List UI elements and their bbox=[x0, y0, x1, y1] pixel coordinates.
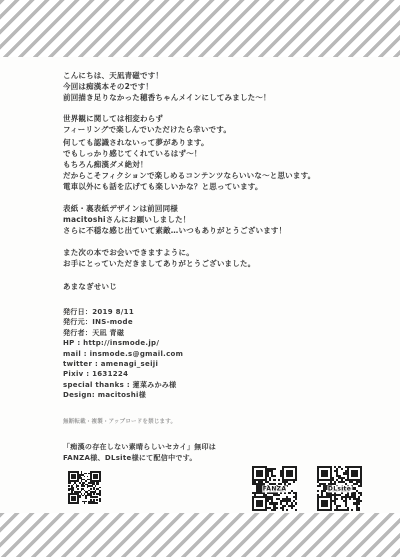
qr-code-dlsite: DLsite bbox=[317, 466, 362, 511]
theme-paragraph: 何しても認識されないって夢があります。 でもしっかり感じてくれているはず〜！ も… bbox=[63, 137, 383, 192]
text-line: 表紙・裏表紙デザインは前回同様 bbox=[63, 203, 383, 214]
text-line: でもしっかり感じてくれているはず〜！ bbox=[63, 148, 383, 159]
qr-label-dlsite: DLsite bbox=[327, 485, 352, 492]
qr-code-left bbox=[68, 471, 101, 504]
text-line: さらに不穏な感じ出ていて素敵…いつもありがとうございます！ bbox=[63, 225, 383, 236]
text-line: 「痴漢の存在しない素晴らしいセカイ」無印は bbox=[63, 442, 363, 453]
copyright-notice: 無断転載・複製・アップロードを禁じます。 bbox=[63, 417, 363, 425]
closing-paragraph: また次の本でお会いできますように。 お手にとっていただきましてありがとうございま… bbox=[63, 247, 383, 269]
text-line: 何しても認識されないって夢があります。 bbox=[63, 137, 383, 148]
top-stripe-border bbox=[0, 0, 400, 57]
text-line: FANZA様、DLsite様にて配信中です。 bbox=[63, 453, 363, 464]
text-line: こんにちは、天凪青磁です！ bbox=[63, 70, 383, 81]
distribution-notice: 「痴漢の存在しない素晴らしいセカイ」無印は FANZA様、DLsite様にて配信… bbox=[63, 442, 363, 464]
colophon-design: Design: macitoshi様 bbox=[63, 390, 363, 400]
colophon-publish-date: 発行日：2019 8/11 bbox=[63, 307, 363, 317]
greeting-paragraph: こんにちは、天凪青磁です！ 今回は痴漢本その2です！ 前回描き足りなかった穂香ち… bbox=[63, 70, 383, 103]
qr-label-fanza: FANZA bbox=[262, 485, 288, 492]
text-line: お手にとっていただきましてありがとうございました。 bbox=[63, 258, 383, 269]
colophon-publisher: 発行元：INS-mode bbox=[63, 317, 363, 327]
text-line: 電車以外にも話を広げても楽しいかな？と思っています。 bbox=[63, 181, 383, 192]
text-line: もちろん痴漢ダメ絶対！ bbox=[63, 159, 383, 170]
colophon-special-thanks: special thanks : 蓮菜みかみ様 bbox=[63, 380, 363, 390]
colophon-homepage: HP : http://insmode.jp/ bbox=[63, 338, 363, 348]
worldview-paragraph: 世界観に関しては相変わらず フィーリングで楽しんでいただけたら幸いです。 bbox=[63, 113, 383, 135]
qr-code-fanza: FANZA bbox=[252, 466, 297, 511]
colophon-twitter: twitter : amenagi_seiji bbox=[63, 359, 363, 369]
author-signature: あまなぎせいじ bbox=[63, 281, 383, 292]
afterword-text: こんにちは、天凪青磁です！ 今回は痴漢本その2です！ 前回描き足りなかった穂香ち… bbox=[63, 70, 383, 292]
colophon-author: 発行者：天凪 青磁 bbox=[63, 328, 363, 338]
text-line: 世界観に関しては相変わらず bbox=[63, 113, 383, 124]
text-line: また次の本でお会いできますように。 bbox=[63, 247, 383, 258]
colophon-pixiv: Pixiv : 1631224 bbox=[63, 369, 363, 379]
text-line: 前回描き足りなかった穂香ちゃんメインにしてみました〜！ bbox=[63, 92, 383, 103]
colophon-mail: mail : insmode.s@gmail.com bbox=[63, 349, 363, 359]
bottom-stripe-border bbox=[0, 513, 400, 557]
afterword-page: こんにちは、天凪青磁です！ 今回は痴漢本その2です！ 前回描き足りなかった穂香ち… bbox=[0, 0, 400, 557]
text-line: macitoshiさんにお願いしました！ bbox=[63, 214, 383, 225]
design-credit-paragraph: 表紙・裏表紙デザインは前回同様 macitoshiさんにお願いしました！ さらに… bbox=[63, 203, 383, 236]
text-line: 今回は痴漢本その2です！ bbox=[63, 81, 383, 92]
qr-pattern bbox=[68, 471, 101, 504]
colophon: 発行日：2019 8/11 発行元：INS-mode 発行者：天凪 青磁 HP … bbox=[63, 307, 363, 401]
text-line: フィーリングで楽しんでいただけたら幸いです。 bbox=[63, 124, 383, 135]
text-line: だからこそフィクションで楽しめるコンテンツならいいな〜と思います。 bbox=[63, 170, 383, 181]
